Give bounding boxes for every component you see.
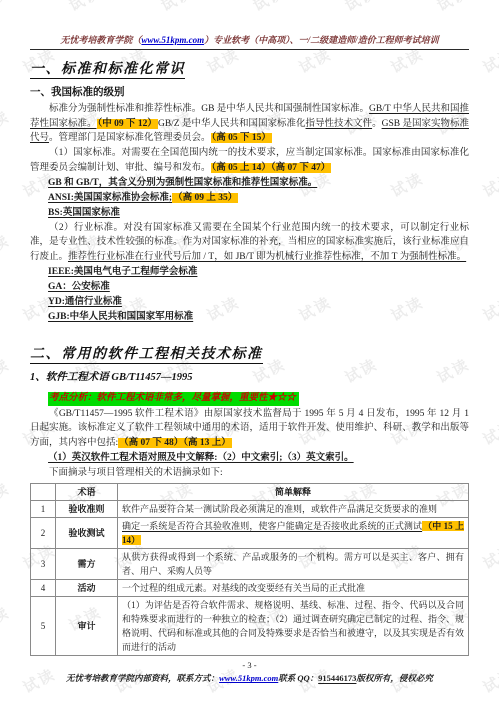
footer-text-mid: 联系 QQ： [278, 673, 318, 683]
footer-text-suffix: 版权所有，侵权必究 [356, 673, 433, 683]
paragraph-gbt11457: 《GB/T11457—1995 软件工程术语》由原国家技术监督局于 1995 年… [30, 407, 469, 451]
list-item-yd: YD:通信行业标准 [48, 295, 469, 310]
terms-table: 术语 简单解释 1 验收准则 软件产品要符合某一测试阶段必须满足的准则，或软件产… [30, 483, 469, 656]
row-number: 3 [31, 549, 56, 580]
footer-url-link[interactable]: www.51kpm.com [219, 673, 278, 683]
term-cell: 验收准则 [56, 501, 118, 518]
exam-ref-highlight: （高 09 上 35） [172, 193, 238, 203]
list-item-ansi: ANSI:美国国家标准协会标准;（高 09 上 35） [48, 191, 469, 206]
paragraph-table-intro: 下面摘录与项目管理相关的术语摘录如下: [30, 466, 469, 481]
row-number: 5 [31, 597, 56, 656]
header-divider [30, 49, 469, 50]
page-header: 无忧考培教育学院（www.51kpm.com）专业软考（中高项）、一/二级建造师… [30, 34, 469, 46]
table-row: 3 需方 从供方获得或得到一个系统、产品或服务的一个机构。需方可以是买主、客户、… [31, 549, 469, 580]
explain-cell: 从供方获得或得到一个系统、产品或服务的一个机构。需方可以是买主、客户、拥有者、用… [118, 549, 469, 580]
row-number: 1 [31, 501, 56, 518]
table-row: 4 活动 一个过程的组成元素。对基线的改变要经有关当局的正式批准 [31, 580, 469, 597]
header-url-link[interactable]: www.51kpm.com [141, 35, 204, 45]
header-text-prefix: 无忧考培教育学院（ [60, 35, 141, 45]
page-footer: 无忧考培教育学院内部资料，联系方式：www.51kpm.com联系 QQ：915… [30, 672, 469, 684]
text-segment: 。管理部门是国家标准化管理委员会。 [49, 133, 211, 143]
section1-title: 一、标准和标准化常识 [30, 60, 469, 80]
section2-title-text: 二、常用的软件工程相关技术标准 [30, 347, 263, 364]
row-number: 2 [31, 518, 56, 549]
table-row: 2 验收测试 确定一系统是否符合其验收准则，使客户能确定是否接收此系统的正式测试… [31, 518, 469, 549]
col-header-explain: 简单解释 [118, 484, 469, 501]
section1-subtitle: 一、我国标准的级别 [30, 85, 469, 100]
footer-qq-number: 915446173 [318, 673, 356, 683]
exam-note-row: 考点分析：软件工程术语非常多，尽量掌握，重要性★☆☆ [30, 387, 469, 407]
list-item-contents: （1）英汉软件工程术语对照及中文解释:（2）中文索引;（3）英文索引。 [48, 451, 469, 466]
header-text-suffix: ）专业软考（中高项）、一/二级建造师/造价工程师考试培训 [204, 35, 439, 45]
explain-cell: 软件产品要符合某一测试阶段必须满足的准则，或软件产品满足交货要求的准则 [118, 501, 469, 518]
text-segment: 标准分为强制性标准和推荐性标准。GB 是中华人民共和国强制性国家标准。 [49, 104, 369, 114]
explain-cell: （1）为评估是否符合软件需求、规格说明、基线、标准、过程、指令、代码以及合同和特… [118, 597, 469, 656]
term-cell: 活动 [56, 580, 118, 597]
explain-cell: 确定一系统是否符合其验收准则，使客户能确定是否接收此系统的正式测试（中 15 上… [118, 518, 469, 549]
text-segment: GB/Z 是中华人民共和国国家标准化 [158, 119, 306, 129]
row-number: 4 [31, 580, 56, 597]
exam-ref-highlight: （中 09 下 12） [97, 119, 158, 129]
col-header-num [31, 484, 56, 501]
text-segment-underlined: 指导性技术文件 [306, 119, 373, 129]
table-header-row: 术语 简单解释 [31, 484, 469, 501]
paragraph-industry-standard: （2）行业标准。对没有国家标准又需要在全国某个行业范围内统一的技术要求，可以制定… [30, 221, 469, 265]
footer-text-prefix: 无忧考培教育学院内部资料，联系方式： [66, 673, 219, 683]
list-item-ieee: IEEE:美国电气电子工程师学会标准 [48, 265, 469, 280]
paragraph-standard-levels: 标准分为强制性标准和推荐性标准。GB 是中华人民共和国强制性国家标准。GB/T … [30, 102, 469, 146]
exam-ref-highlight: （高 07 下 48）（高 13 上） [118, 438, 232, 448]
list-item-ga: GA：公安标准 [48, 280, 469, 295]
list-item-gb-gbt: GB 和 GB/T，其含义分别为强制性国家标准和推荐性国家标准。 [48, 176, 469, 191]
text-segment: 。 [372, 119, 382, 129]
list-item-bs: BS:英国国家标准 [48, 206, 469, 221]
document-page: 试读试读试读试读试读试读试读试读试读试读试读试读试读试读试读试读试读试读试读试读… [0, 0, 499, 706]
exam-note-badge: 考点分析：软件工程术语非常多，尽量掌握，重要性★☆☆ [48, 392, 299, 406]
term-cell: 验收测试 [56, 518, 118, 549]
section1-title-text: 一、标准和标准化常识 [30, 62, 185, 79]
exam-ref-highlight: （高 05 下 15） [211, 133, 272, 143]
page-content: 无忧考培教育学院（www.51kpm.com）专业软考（中高项）、一/二级建造师… [0, 0, 499, 684]
explain-cell: 一个过程的组成元素。对基线的改变要经有关当局的正式批准 [118, 580, 469, 597]
section2-subtitle: 1、软件工程术语 GB/T11457—1995 [30, 370, 469, 385]
section2-title: 二、常用的软件工程相关技术标准 [30, 345, 469, 365]
text-segment-bold-underlined: ANSI:美国国家标准协会标准; [48, 193, 172, 203]
page-number: - 3 - [30, 660, 469, 670]
table-row: 5 审计 （1）为评估是否符合软件需求、规格说明、基线、标准、过程、指令、代码以… [31, 597, 469, 656]
text-segment: 《GB/T11457—1995 软件工程术语》由原国家技术监督局于 1995 年… [30, 409, 469, 448]
exam-ref-highlight: （高 05 上 14）（高 07 下 47） [211, 163, 332, 173]
term-cell: 审计 [56, 597, 118, 656]
list-item-gjb: GJB:中华人民共和国国家军用标准 [48, 310, 469, 325]
term-cell: 需方 [56, 549, 118, 580]
table-row: 1 验收准则 软件产品要符合某一测试阶段必须满足的准则，或软件产品满足交货要求的… [31, 501, 469, 518]
text-segment-underlined: 推荐性行业标准在行业代号后加 / T，如 JB/T 即为机械行业推荐性标准，不加… [68, 252, 466, 262]
paragraph-national-standard: （1）国家标准。对需要在全国范围内统一的技术要求，应当制定国家标准。国家标准由国… [30, 146, 469, 175]
text-segment-underlined: 确定一系统是否符合其验收准则，使客户能确定是否接收此系统的正式测试 [122, 521, 422, 531]
col-header-term: 术语 [56, 484, 118, 501]
